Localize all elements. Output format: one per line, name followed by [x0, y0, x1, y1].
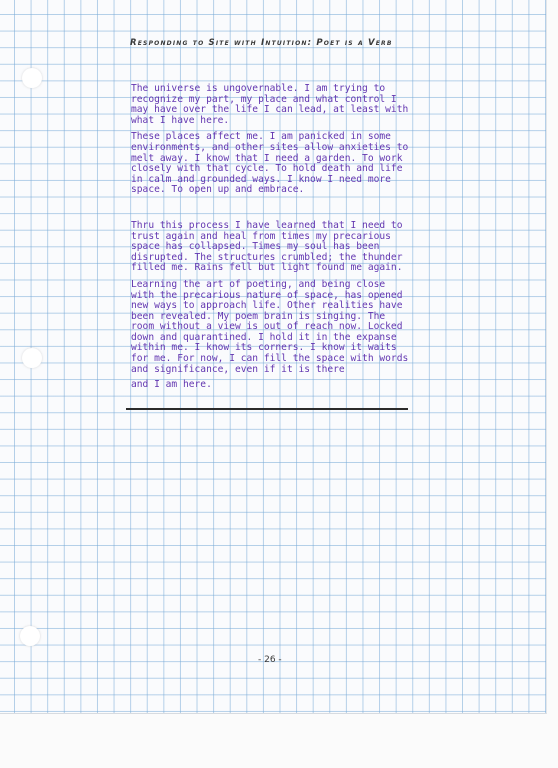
binder-hole-middle: [22, 348, 42, 368]
poem-body: The universe is ungovernable. I am tryin…: [131, 84, 421, 391]
page-number: - 26 -: [258, 655, 282, 665]
horizontal-rule: [126, 408, 408, 410]
running-header: Responding to Site with Intuition: Poet …: [130, 38, 393, 48]
paragraph-2: These places affect me. I am panicked in…: [131, 132, 421, 196]
paragraph-3: Thru this process I have learned that I …: [131, 221, 421, 274]
graph-paper-page: Responding to Site with Intuition: Poet …: [0, 0, 547, 714]
paragraph-4: Learning the art of poeting, and being c…: [131, 280, 421, 375]
binder-hole-bottom: [20, 626, 40, 646]
closing-line: and I am here.: [131, 380, 421, 391]
paragraph-1: The universe is ungovernable. I am tryin…: [131, 84, 421, 126]
binder-hole-top: [22, 68, 42, 88]
